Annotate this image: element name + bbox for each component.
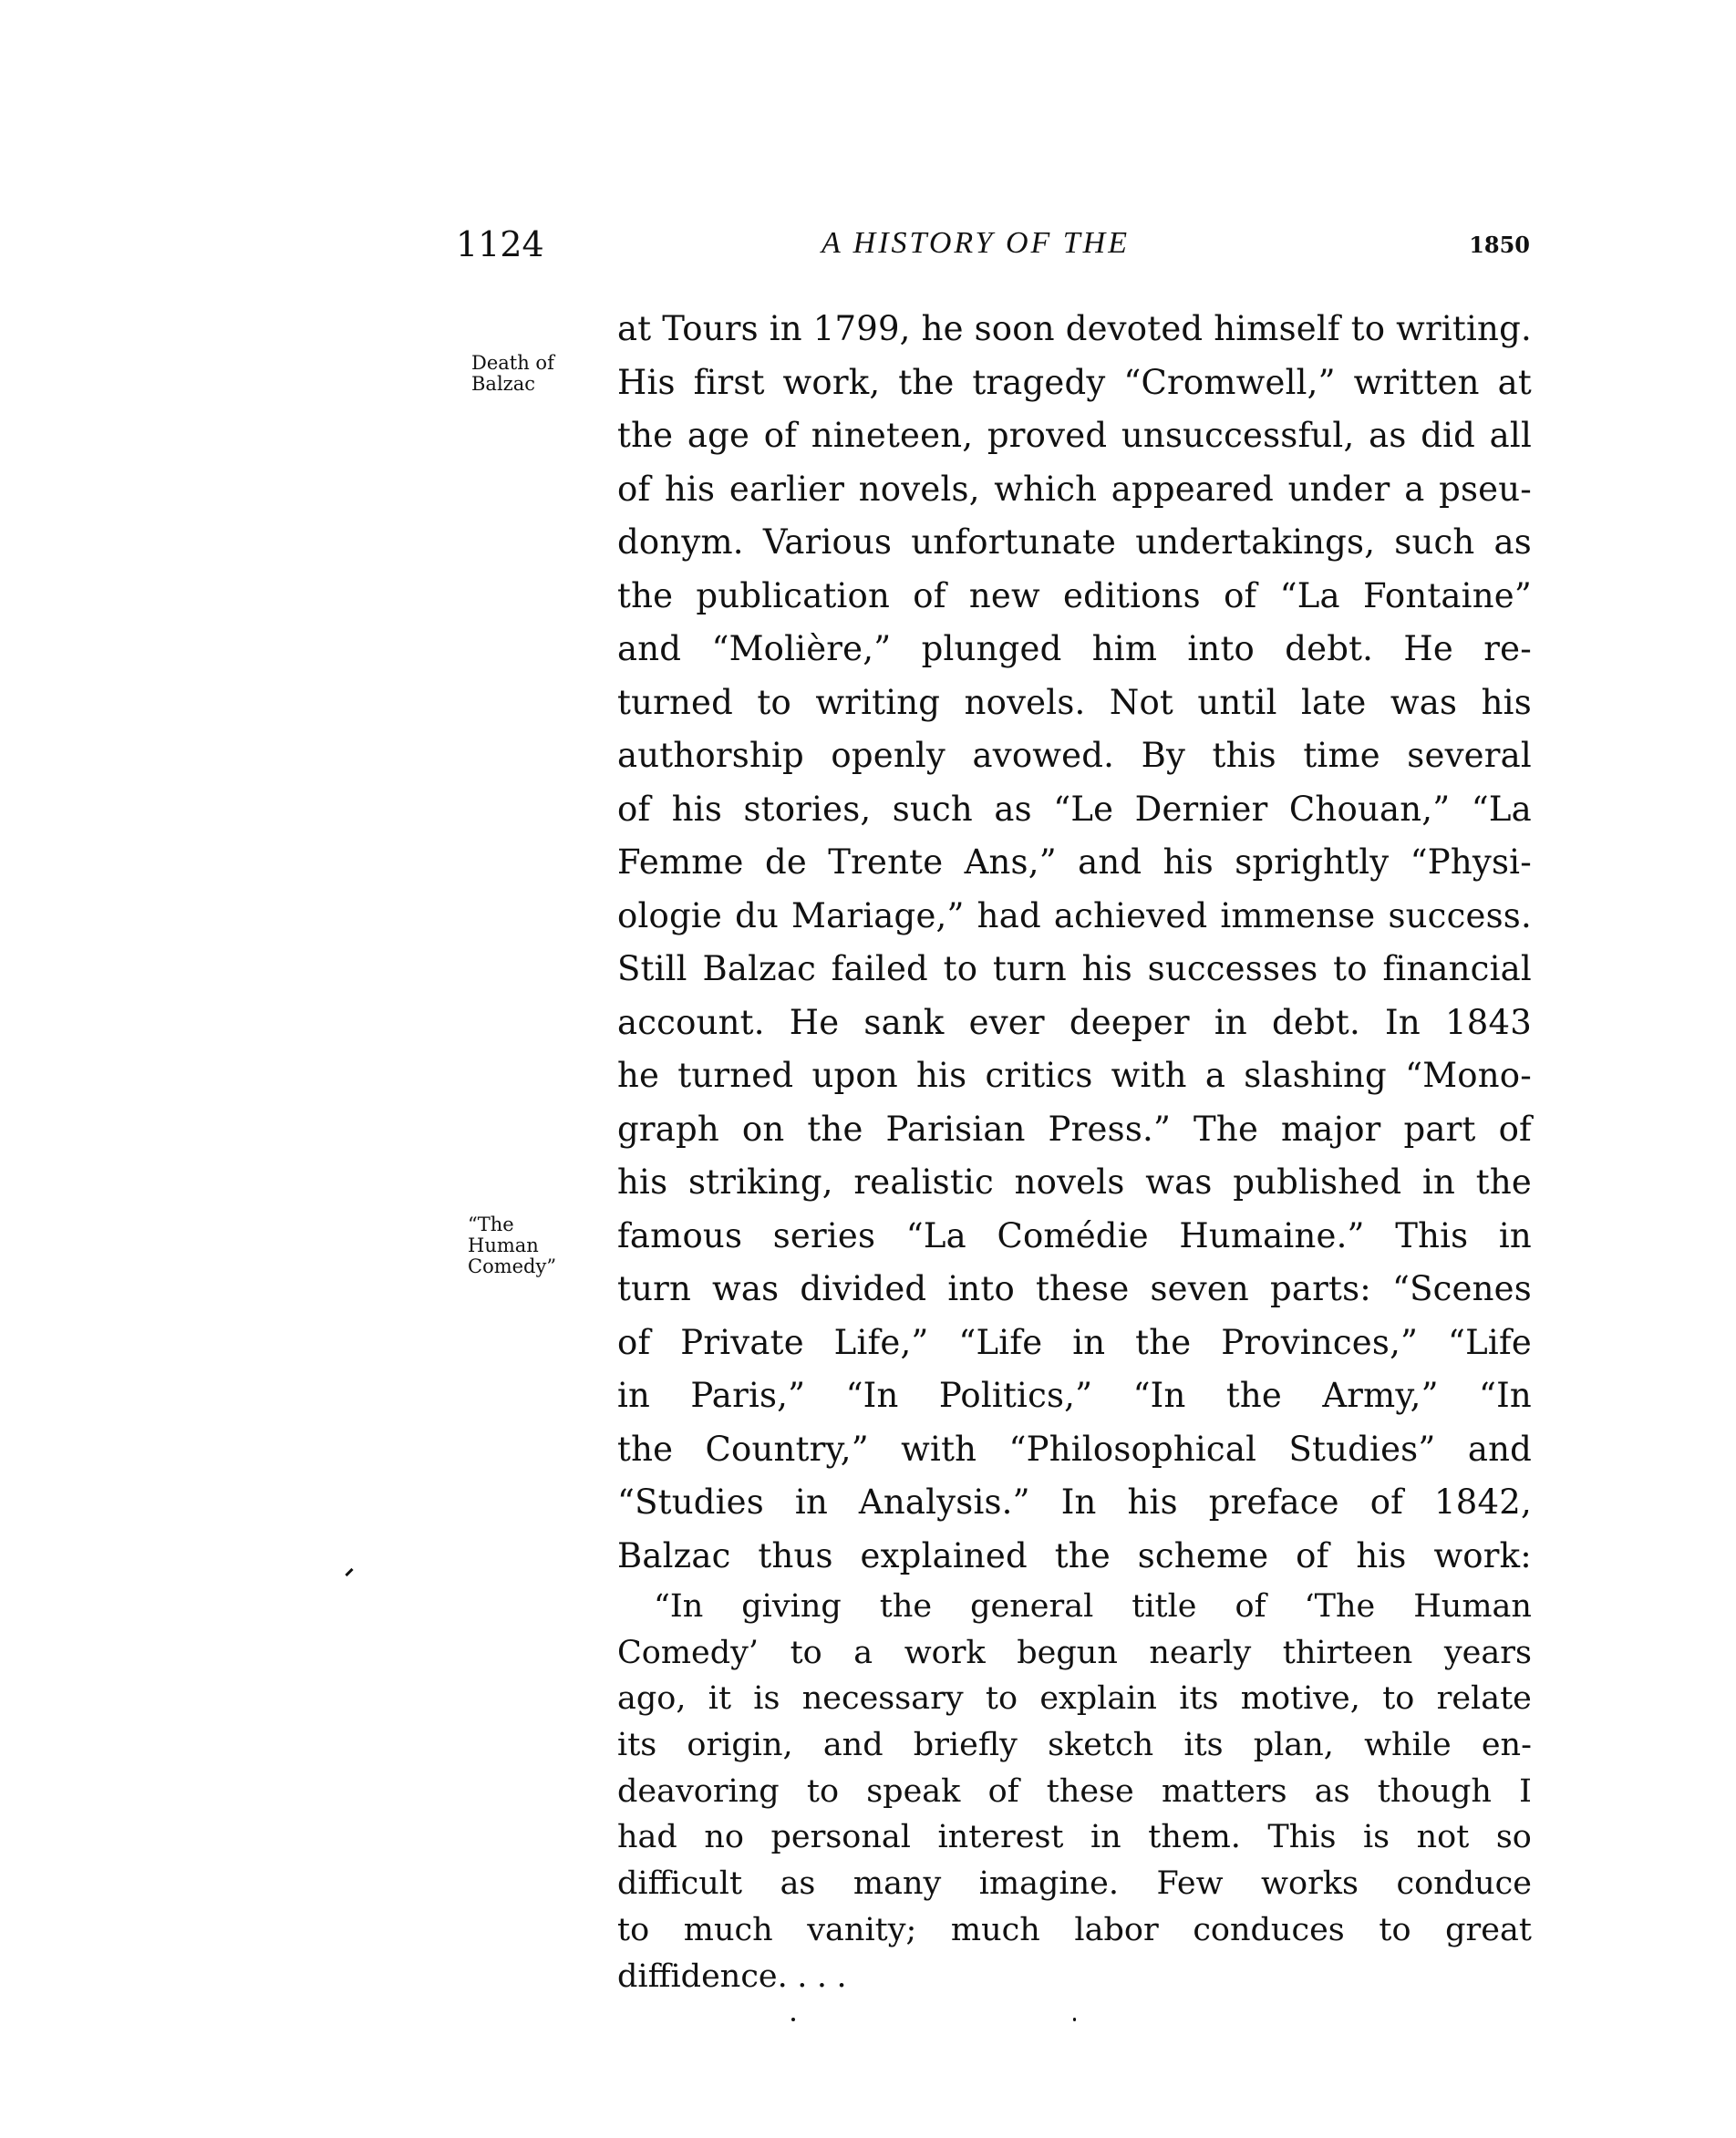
line-words: theageofnineteen,provedunsuccessful,asdi… [617,409,1532,463]
word: begun [1017,1630,1118,1677]
word: work: [1433,1530,1532,1584]
word: plunged [922,623,1062,677]
word: writing [815,677,940,730]
word: “Molière,” [711,623,891,677]
word: the [1476,1156,1532,1210]
word: series [773,1210,876,1264]
word: The [1193,1103,1258,1157]
line-words: Hisfirstwork,thetragedy“Cromwell,”writte… [617,356,1532,410]
word: age [687,409,749,463]
word: ago, [617,1676,686,1722]
word: parts: [1270,1263,1371,1317]
word: “Cromwell,” [1123,356,1335,410]
word: general [970,1584,1093,1630]
word: as [1369,409,1406,463]
word: a [1404,463,1424,517]
quote-line: ago,itisnecessarytoexplainitsmotive,tore… [617,1676,1532,1722]
word: its [1183,1722,1223,1769]
word: divided [800,1263,926,1317]
word: title [1131,1584,1196,1630]
line-words: ofPrivateLife,”“LifeintheProvinces,”“Lif… [617,1317,1532,1370]
word: conduces [1193,1907,1344,1954]
word: of [1370,1476,1403,1530]
word: of [988,1769,1019,1815]
word: and [1078,836,1142,890]
word: these [1047,1769,1134,1815]
word: avowed. [972,729,1114,783]
line-words: hisstriking,realisticnovelswaspublishedi… [617,1156,1532,1210]
word: works [1261,1861,1359,1907]
word: “In [654,1584,703,1630]
word: and [1468,1423,1532,1477]
word: stories, [743,783,871,837]
word: this [1213,729,1276,783]
body-paragraph: atToursin1799,hesoondevotedhimselftowrit… [617,303,1532,1583]
word: Balzac [617,1530,731,1584]
word: He [1403,623,1453,677]
word: . [817,1954,827,2000]
margin-note-line: Comedy” [468,1256,556,1277]
line-words: hadnopersonalinterestinthem.Thisisnotso [617,1814,1532,1861]
word: By [1142,729,1186,783]
word: debt. [1285,623,1373,677]
word: difficult [617,1861,742,1907]
word: “La [906,1210,966,1264]
word: to [757,677,791,730]
word: in [1499,1210,1532,1264]
word: This [1267,1814,1336,1861]
word: great [1445,1907,1532,1954]
word: as [780,1861,816,1907]
word: the [1135,1317,1191,1370]
word: Life,” [834,1317,929,1370]
word: thirteen [1283,1630,1413,1677]
word: Paris,” [690,1369,805,1423]
word: sketch [1048,1722,1153,1769]
word: Dernier [1135,783,1268,837]
word: the [1055,1530,1111,1584]
text-line: account.Hesankeverdeeperindebt.In1843 [617,997,1532,1050]
word: Not [1110,677,1173,730]
word: of [617,1317,650,1370]
word: which [994,463,1097,517]
word: had [617,1814,677,1861]
word: . [797,1954,807,2000]
word: his [916,1049,966,1103]
line-words: donym.Variousunfortunateundertakings,suc… [617,516,1532,570]
text-line: ofhisearliernovels,whichappearedunderaps… [617,463,1532,517]
word: He [790,997,840,1050]
line-words: FemmedeTrenteAns,”andhissprightly“Physi- [617,836,1532,890]
word: written [1354,356,1480,410]
word: no [704,1814,744,1861]
word: in [1072,1317,1105,1370]
word: much [951,1907,1040,1954]
word: “In [1133,1369,1186,1423]
word: the [617,409,673,463]
text-line: thepublicationofneweditionsof“LaFontaine… [617,570,1532,624]
word: financial [1382,943,1532,997]
word: I [1519,1769,1532,1815]
word: Balzac [702,943,816,997]
word: immense [1220,890,1375,944]
word: to [986,1676,1018,1722]
word: labor [1074,1907,1158,1954]
text-line: StillBalzacfailedtoturnhissuccessestofin… [617,943,1532,997]
text-line: FemmedeTrenteAns,”andhissprightly“Physi- [617,836,1532,890]
word: conduce [1396,1861,1531,1907]
word: upon [811,1049,897,1103]
word: turn [617,1263,691,1317]
word: en- [1482,1722,1532,1769]
word: 1843 [1445,997,1532,1050]
word: matters [1162,1769,1287,1815]
word: as [1494,516,1532,570]
word: his [1356,1530,1406,1584]
word: achieved [1054,890,1207,944]
line-words: heturneduponhiscriticswithaslashing“Mono… [617,1049,1532,1103]
word: Trente [828,836,943,890]
word: Tours [662,303,759,356]
text-line: atToursin1799,hesoondevotedhimselftowrit… [617,303,1532,356]
word: several [1407,729,1532,783]
word: Comedy’ [617,1630,759,1677]
word: his [1082,943,1132,997]
word: of [1296,1530,1328,1584]
word: famous [617,1210,742,1264]
word: is [1363,1814,1390,1861]
word: “Le [1053,783,1113,837]
word: was [1145,1156,1212,1210]
word: Parisian [885,1103,1025,1157]
text-line: theCountry,”with“PhilosophicalStudies”an… [617,1423,1532,1477]
word: plan, [1254,1722,1334,1769]
word: many [853,1861,941,1907]
word: ‘The [1305,1584,1376,1630]
block-quote: “Ingivingthegeneraltitleof‘TheHumanComed… [617,1584,1532,1999]
word: deavoring [617,1769,780,1815]
word: had [977,890,1041,944]
text-line: heturneduponhiscriticswithaslashing“Mono… [617,1049,1532,1103]
book-page: 1124 A HISTORY OF THE 1850 Death of Balz… [0,0,1736,2138]
text-line: inParis,”“InPolitics,”“IntheArmy,”“In [617,1369,1532,1423]
word: novels, [859,463,980,517]
word: critics [985,1049,1092,1103]
line-words: graphontheParisianPress.”Themajorpartof [617,1103,1532,1157]
word: he [617,1049,659,1103]
word: to [807,1769,839,1815]
word: motive, [1241,1676,1360,1722]
word: its [1179,1676,1218,1722]
word: Comédie [997,1210,1148,1264]
word: scheme [1138,1530,1269,1584]
word: the [880,1584,932,1630]
text-line: turnedtowritingnovels.Notuntillatewashis [617,677,1532,730]
word: much [684,1907,773,1954]
word: briefly [914,1722,1018,1769]
word: re- [1483,623,1532,677]
word: giving [741,1584,842,1630]
line-words: atToursin1799,hesoondevotedhimselftowrit… [617,303,1532,356]
line-words: turnedtowritingnovels.Notuntillatewashis [617,677,1532,730]
word: published [1233,1156,1401,1210]
word: though [1378,1769,1492,1815]
word: his [665,463,715,517]
word: appeared [1111,463,1274,517]
word: publication [696,570,890,624]
word: such [1394,516,1474,570]
word: sank [863,997,944,1050]
word: imagine. [979,1861,1119,1907]
word: with [1111,1049,1187,1103]
stray-mark [791,2018,795,2021]
word: and [617,623,681,677]
word: tragedy [972,356,1105,410]
word: on [742,1103,785,1157]
word: his [1163,836,1214,890]
word: In [1385,997,1421,1050]
word: Fontaine” [1363,570,1532,624]
word: himself [1214,303,1340,356]
word: unfortunate [911,516,1116,570]
text-line: famousseries“LaComédieHumaine.”Thisin [617,1210,1532,1264]
line-words: ofhisstories,suchas“LeDernierChouan,”“La [617,783,1532,837]
text-line: authorshipopenlyavowed.Bythistimeseveral [617,729,1532,783]
word: failed [832,943,928,997]
running-head: 1124 A HISTORY OF THE 1850 [456,224,1532,264]
word: devoted [1066,303,1204,356]
word: origin, [687,1722,792,1769]
word: Army,” [1322,1369,1438,1423]
word: a [853,1630,873,1677]
word: Mariage,” [791,890,965,944]
word: in [617,1369,650,1423]
word: nearly [1149,1630,1251,1677]
word: as [1315,1769,1350,1815]
word: and [823,1722,883,1769]
word: pseu- [1439,463,1532,517]
word: of [1235,1584,1266,1630]
text-line: ofPrivateLife,”“LifeintheProvinces,”“Lif… [617,1317,1532,1370]
word: . [837,1954,847,2000]
word: of [764,409,797,463]
running-title: A HISTORY OF THE [456,226,1532,261]
word: Analysis.” [859,1476,1030,1530]
word: debt. [1272,997,1360,1050]
word: at [617,303,651,356]
word: new [969,570,1040,624]
word: the [617,1423,673,1477]
quote-line: deavoringtospeakofthesemattersasthoughI [617,1769,1532,1815]
word: novels. [965,677,1086,730]
word: to [1333,943,1368,997]
word: “Scenes [1392,1263,1532,1317]
quote-line: itsorigin,andbrieflysketchitsplan,whilee… [617,1722,1532,1769]
word: His [617,356,676,410]
line-words: “Ingivingthegeneraltitleof‘TheHuman [617,1584,1532,1630]
word: years [1444,1630,1532,1677]
word: “La [1280,570,1340,624]
running-year: 1850 [1469,232,1530,258]
word: them. [1148,1814,1241,1861]
line-words: famousseries“LaComédieHumaine.”Thisin [617,1210,1532,1264]
line-words: ologieduMariage,”hadachievedimmensesucce… [617,890,1532,944]
word: proved [987,409,1107,463]
word: in [770,303,802,356]
word: of [1224,570,1256,624]
text-line: and“Molière,”plungedhimintodebt.Here- [617,623,1532,677]
stray-mark [345,1568,353,1576]
stray-mark [1073,2018,1076,2021]
quote-line: “Ingivingthegeneraltitleof‘TheHuman [617,1584,1532,1630]
word: so [1496,1814,1532,1861]
word: all [1490,409,1532,463]
word: 1842, [1434,1476,1532,1530]
word: diffidence. [617,1954,788,2000]
word: authorship [617,729,804,783]
word: at [1498,356,1532,410]
word: Ans,” [965,836,1057,890]
word: such [893,783,973,837]
word: striking, [688,1156,833,1210]
line-words: authorshipopenlyavowed.Bythistimeseveral [617,729,1532,783]
word: work [904,1630,986,1677]
word: Press.” [1049,1103,1172,1157]
line-words: StillBalzacfailedtoturnhissuccessestofin… [617,943,1532,997]
word: time [1303,729,1379,783]
word: Studies” [1289,1423,1436,1477]
word: part [1404,1103,1476,1157]
word: graph [617,1103,719,1157]
margin-note-line: Death of [471,353,554,374]
word: “Life [958,1317,1042,1370]
word: 1799, [813,303,911,356]
word: Femme [617,836,744,890]
line-words: theCountry,”with“PhilosophicalStudies”an… [617,1423,1532,1477]
word: Humaine.” [1179,1210,1364,1264]
word: Politics,” [939,1369,1092,1423]
word: unsuccessful, [1121,409,1355,463]
word: did [1421,409,1475,463]
line-words: Comedy’toaworkbegunnearlythirteenyears [617,1630,1532,1677]
line-words: ofhisearliernovels,whichappearedunderaps… [617,463,1532,517]
word: writing. [1396,303,1532,356]
word: his [672,783,722,837]
word: the [1226,1369,1282,1423]
word: of [617,783,650,837]
word: its [617,1722,656,1769]
word: was [1390,677,1457,730]
word: to [944,943,978,997]
word: first [694,356,765,410]
word: in [1214,997,1247,1050]
word: successes [1148,943,1318,997]
word: interest [937,1814,1063,1861]
word: slashing [1244,1049,1387,1103]
quote-line: difficultasmanyimagine.Fewworksconduce [617,1861,1532,1907]
word: account. [617,997,765,1050]
word: to [617,1907,649,1954]
word: with [901,1423,976,1477]
word: de [765,836,807,890]
word: Provinces,” [1221,1317,1418,1370]
word: to [1379,1907,1410,1954]
word: to [790,1630,822,1677]
word: in [795,1476,828,1530]
word: these [1036,1263,1129,1317]
text-line: hisstriking,realisticnovelswaspublishedi… [617,1156,1532,1210]
word: his [617,1156,667,1210]
text-line: ologieduMariage,”hadachievedimmensesucce… [617,890,1532,944]
word: openly [831,729,945,783]
word: into [947,1263,1015,1317]
line-words: inParis,”“InPolitics,”“IntheArmy,”“In [617,1369,1532,1423]
word: thus [758,1530,832,1584]
word: in [1090,1814,1121,1861]
quote-line: tomuchvanity;muchlaborconducestogreat [617,1907,1532,1954]
text-line: “StudiesinAnalysis.”Inhisprefaceof1842, [617,1476,1532,1530]
word: soon [975,303,1055,356]
word: “Mono- [1405,1049,1532,1103]
word: not [1417,1814,1470,1861]
word: explained [861,1530,1028,1584]
word: “Life [1448,1317,1532,1370]
text-line: Balzacthusexplainedtheschemeofhiswork: [617,1530,1532,1584]
word: deeper [1069,997,1190,1050]
line-words: “StudiesinAnalysis.”Inhisprefaceof1842, [617,1476,1532,1530]
margin-note-line: Balzac [471,374,554,395]
word: “La [1472,783,1532,837]
word: Various [763,516,892,570]
word: the [807,1103,863,1157]
word: Private [680,1317,804,1370]
word: “Studies [617,1476,764,1530]
text-line: turnwasdividedintothesesevenparts:“Scene… [617,1263,1532,1317]
word: turn [993,943,1067,997]
word: him [1092,623,1157,677]
word: “Physi- [1410,836,1532,890]
word: novels [1015,1156,1125,1210]
word: “In [1479,1369,1532,1423]
word: explain [1039,1676,1157,1722]
line-words: tomuchvanity;muchlaborconducestogreat [617,1907,1532,1954]
word: of [617,463,650,517]
line-words: Balzacthusexplainedtheschemeofhiswork: [617,1530,1532,1584]
text-line: donym.Variousunfortunateundertakings,suc… [617,516,1532,570]
word: was [712,1263,779,1317]
word: it [708,1676,731,1722]
text-line: Hisfirstwork,thetragedy“Cromwell,”writte… [617,356,1532,410]
word: his [1128,1476,1178,1530]
word: under [1288,463,1390,517]
word: preface [1209,1476,1339,1530]
word: realistic [853,1156,994,1210]
word: ologie [617,890,722,944]
word: Human [1413,1584,1532,1630]
word: of [913,570,945,624]
margin-note-line: “The [468,1214,556,1235]
margin-note-the-human-comedy: “The Human Comedy” [468,1214,556,1277]
line-words: account.Hesankeverdeeperindebt.In1843 [617,997,1532,1050]
quote-line: Comedy’toaworkbegunnearlythirteenyears [617,1630,1532,1677]
line-words: deavoringtospeakofthesemattersasthoughI [617,1769,1532,1815]
word: seven [1150,1263,1249,1317]
word: while [1364,1722,1452,1769]
word: “In [846,1369,899,1423]
line-words: difficultasmanyimagine.Fewworksconduce [617,1861,1532,1907]
word: Still [617,943,687,997]
word: in [1422,1156,1455,1210]
